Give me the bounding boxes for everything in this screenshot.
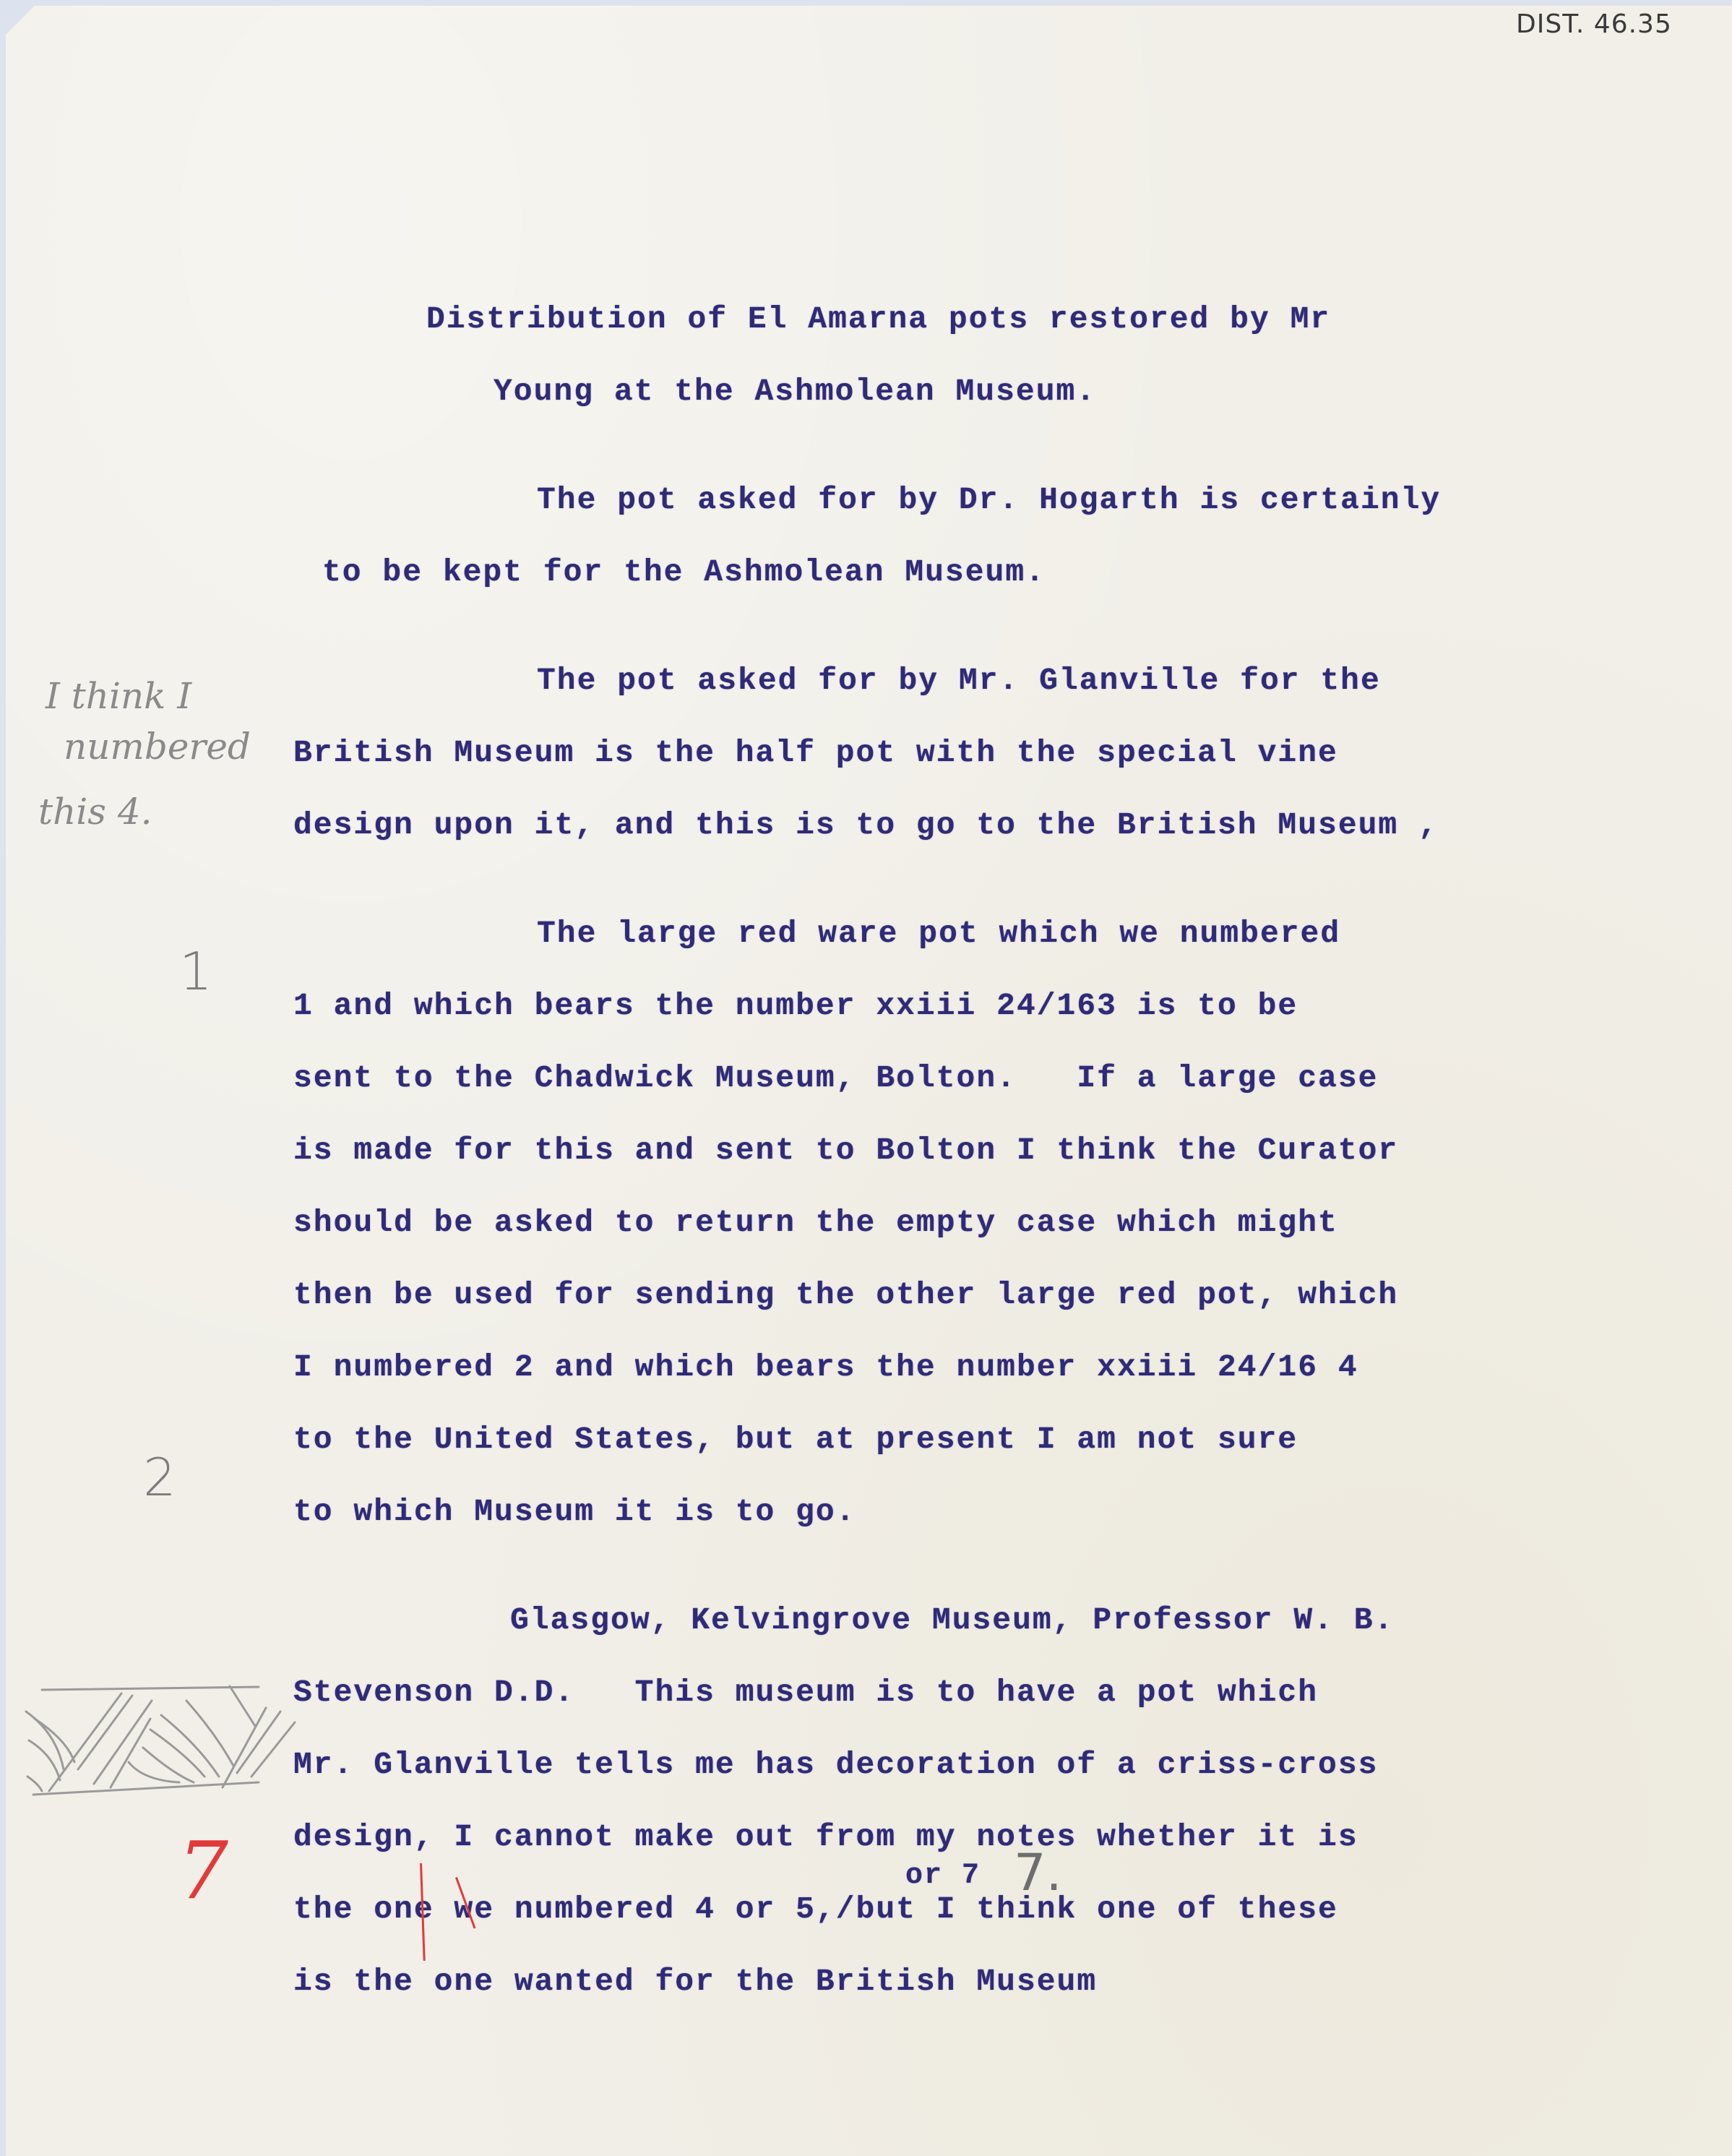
margin-number-1: 1 [179, 945, 212, 997]
margin-note-line-1: I think I [46, 678, 191, 714]
interlinear-insertion: or 7 [905, 1862, 981, 1891]
paragraph-3-line-3: sent to the Chadwick Museum, Bolton. If … [293, 1062, 1378, 1094]
paragraph-3-line-6: then be used for sending the other large… [293, 1279, 1398, 1310]
paragraph-1-line-2: to be kept for the Ashmolean Museum. [322, 557, 1046, 588]
paragraph-4-line-5: the one we numbered 4 or 5,/but I think … [293, 1894, 1338, 1925]
margin-note-line-2: numbered [64, 729, 251, 765]
paragraph-2-line-1: The pot asked for by Mr. Glanville for t… [537, 665, 1381, 696]
paragraph-1-line-1: The pot asked for by Dr. Hogarth is cert… [537, 484, 1441, 515]
paragraph-2-line-3: design upon it, and this is to go to the… [293, 809, 1439, 841]
margin-number-2: 2 [143, 1451, 176, 1503]
paragraph-3-line-4: is made for this and sent to Bolton I th… [293, 1135, 1398, 1166]
paragraph-4-line-4: design, I cannot make out from my notes … [293, 1821, 1358, 1852]
pencil-correction: 7. [1014, 1847, 1062, 1898]
paragraph-3-line-1: The large red ware pot which we numbered [537, 918, 1340, 949]
paragraph-3-line-9: to which Museum it is to go. [293, 1496, 856, 1527]
document-page: DIST. 46.35 Distribution of El Amarna po… [6, 6, 1732, 2156]
paragraph-3-line-5: should be asked to return the empty case… [293, 1207, 1338, 1238]
paragraph-4-line-2: Stevenson D.D. This museum is to have a … [293, 1677, 1318, 1708]
margin-note-line-3: this 4. [38, 794, 152, 830]
archive-reference: DIST. 46.35 [1516, 12, 1672, 38]
paragraph-4-line-6: is the one wanted for the British Museum [293, 1966, 1097, 1997]
paragraph-3-line-8: to the United States, but at present I a… [293, 1424, 1298, 1455]
document-title-line-1: Distribution of El Amarna pots restored … [426, 304, 1330, 335]
paragraph-4-line-1: Glasgow, Kelvingrove Museum, Professor W… [510, 1605, 1394, 1636]
margin-red-number: 7 [178, 1831, 228, 1910]
paragraph-3-line-7: I numbered 2 and which bears the number … [293, 1352, 1358, 1383]
paragraph-4-line-3: Mr. Glanville tells me has decoration of… [293, 1749, 1378, 1780]
criss-cross-sketch-icon [13, 1675, 302, 1820]
paragraph-2-line-2: British Museum is the half pot with the … [293, 737, 1338, 768]
document-title-line-2: Young at the Ashmolean Museum. [494, 376, 1096, 407]
paragraph-3-line-2: 1 and which bears the number xxiii 24/16… [293, 990, 1298, 1021]
